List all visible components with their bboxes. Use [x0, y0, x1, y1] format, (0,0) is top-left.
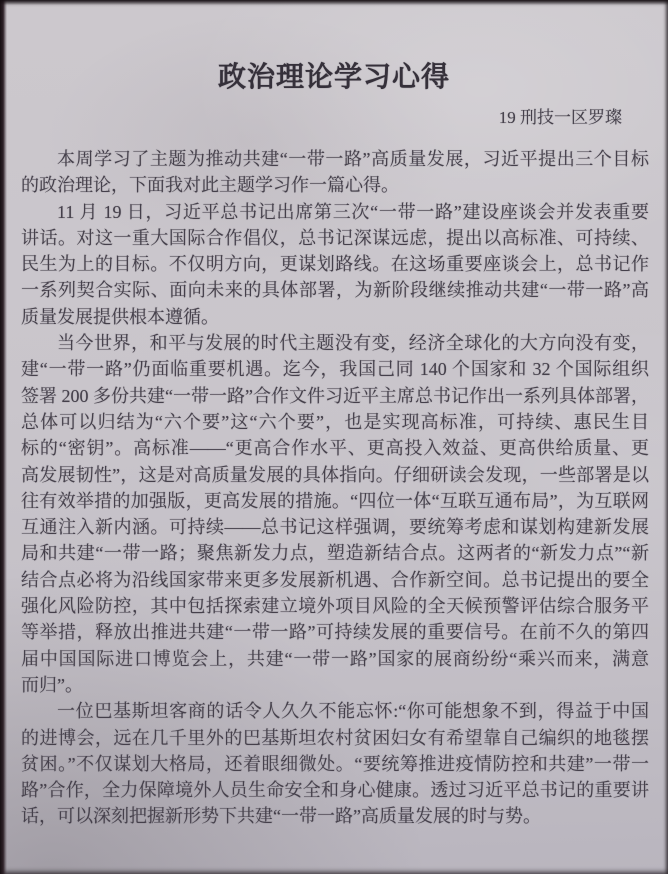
- text-line: 高发展韧性”，这是对高质量发展的具体指向。仔细研读会发现，一些部署是以: [21, 462, 649, 488]
- text-line: 讲话。对这一重大国际合作倡仪，总书记深谋远虑，提出以高标准、可持续、惠: [21, 225, 649, 251]
- document-byline: 19 刑技一区罗璨: [499, 103, 622, 128]
- text-line: 签署 200 多份共建“一带一路”合作文件习近平主席总书记作出一系列具体部署，: [21, 383, 649, 409]
- text-line: 路”合作，全力保障境外人员生命安全和身心健康。透过习近平总书记的重要讲: [21, 777, 649, 803]
- text-line: 11 月 19 日，习近平总书记出席第三次“一带一路”建设座谈会并发表重要: [21, 199, 649, 225]
- text-line: 届中国国际进口博览会上，共建“一带一路”国家的展商纷纷“乘兴而来，满意: [21, 646, 649, 672]
- paragraph: 11 月 19 日，习近平总书记出席第三次“一带一路”建设座谈会并发表重要 讲话…: [21, 199, 649, 330]
- document-body: 本周学习了主题为推动共建“一带一路”高质量发展，习近平提出三个目标 的政治理论，…: [21, 146, 649, 830]
- text-line: 当今世界，和平与发展的时代主题没有变，经济全球化的大方向没有变，共: [21, 330, 649, 356]
- text-line: 总体可以归结为“六个要”这“六个要”，也是实现高标准，可持续、惠民生目: [21, 409, 649, 435]
- text-line: 民生为上的目标。不仅明方向，更谋划路线。在这场重要座谈会上，总书记作出: [21, 251, 649, 277]
- text-line: 质量发展提供根本遵循。: [21, 304, 649, 330]
- text-line: 的政治理论，下面我对此主题学习作一篇心得。: [21, 172, 649, 198]
- text-line: 本周学习了主题为推动共建“一带一路”高质量发展，习近平提出三个目标: [21, 146, 649, 172]
- paragraph: 当今世界，和平与发展的时代主题没有变，经济全球化的大方向没有变，共 建“一带一路…: [21, 330, 649, 698]
- photographed-document: 政治理论学习心得 19 刑技一区罗璨 本周学习了主题为推动共建“一带一路”高质量…: [0, 0, 668, 874]
- text-line: 一系列契合实际、面向未来的具体部署，为新阶段继续推动共建“一带一路”高: [21, 277, 649, 303]
- paragraph: 本周学习了主题为推动共建“一带一路”高质量发展，习近平提出三个目标 的政治理论，…: [21, 146, 649, 199]
- text-line: 贫困。”不仅谋划大格局，还着眼细微处。“要统筹推进疫情防控和共建”一带一: [21, 751, 649, 777]
- page-title: 政治理论学习心得: [0, 55, 668, 95]
- text-line: 标的“密钥”。高标准——“更高合作水平、更高投入效益、更高供给质量、更: [21, 435, 649, 461]
- text-line: 一位巴基斯坦客商的话令人久久不能忘怀:“你可能想象不到，得益于中国: [21, 698, 649, 724]
- text-line: 而归”。: [21, 672, 649, 698]
- text-line: 建“一带一路”仍面临重要机遇。迄今，我国己同 140 个国家和 32 个国际组织: [21, 356, 649, 382]
- text-line: 的进博会，远在几千里外的巴基斯坦农村贫困妇女有希望靠自己编织的地毯摆脱: [21, 725, 649, 751]
- text-line: 话，可以深刻把握新形势下共建“一带一路”高质量发展的时与势。: [21, 803, 649, 829]
- text-line: 强化风险防控，其中包括探索建立境外项目风险的全天候预警评估综合服务平台: [21, 593, 649, 619]
- text-line: 互通注入新内涵。可持续——总书记这样强调，要统筹考虑和谋划构建新发展格: [21, 514, 649, 540]
- text-line: 往有效举措的加强版，更高发展的措施。“四位一体“互联互通布局”，为互联网: [21, 488, 649, 514]
- text-line: 结合点必将为沿线国家带来更多发展新机遇、合作新空间。总书记提出的要全面: [21, 567, 649, 593]
- paragraph: 一位巴基斯坦客商的话令人久久不能忘怀:“你可能想象不到，得益于中国 的进博会，远…: [21, 698, 649, 829]
- text-line: 局和共建“一带一路；聚焦新发力点，塑造新结合点。这两者的“新发力点”“新: [21, 540, 649, 566]
- text-line: 等举措，释放出推进共建“一带一路”可持续发展的重要信号。在前不久的第四: [21, 619, 649, 645]
